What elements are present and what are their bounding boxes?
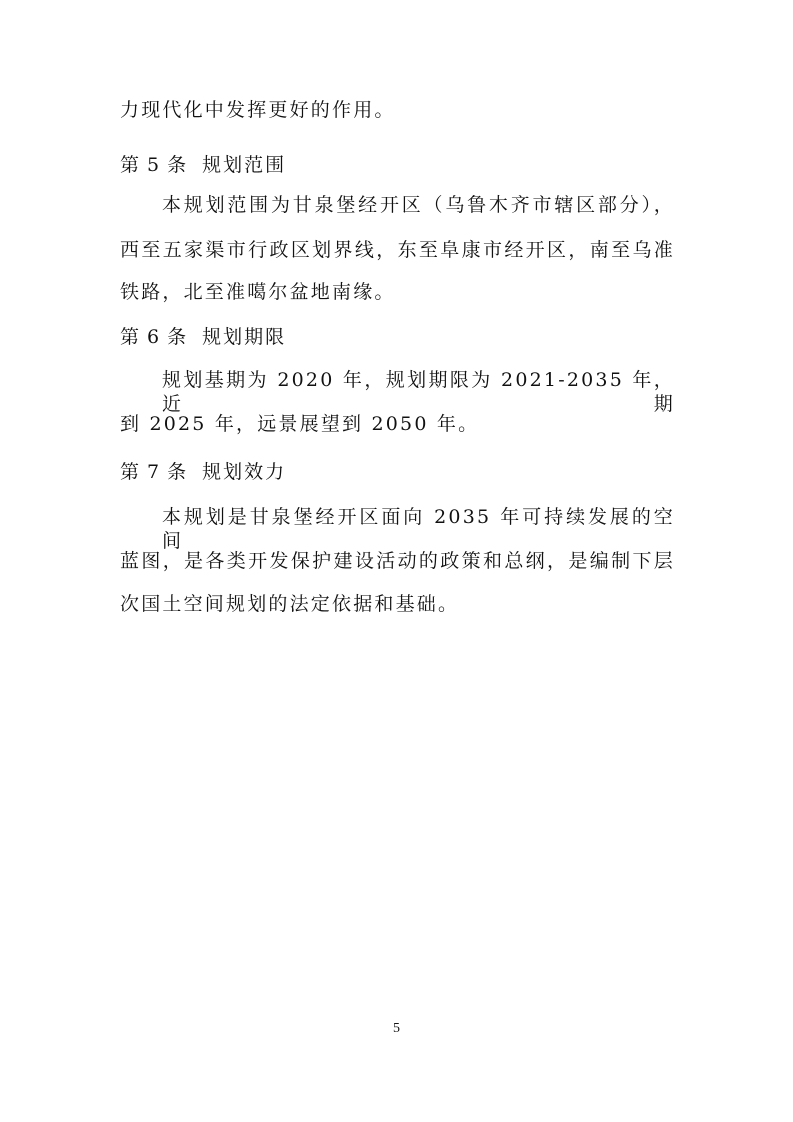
article-suffix: 条 [167, 154, 188, 176]
paragraph-line: 本规划范围为甘泉堡经开区（乌鲁木齐市辖区部分）， [162, 193, 675, 217]
article-5-heading: 第5条规划范围 [120, 153, 675, 177]
document-page: 力现代化中发挥更好的作用。 第5条规划范围 本规划范围为甘泉堡经开区（乌鲁木齐市… [0, 0, 793, 1122]
article-suffix: 条 [167, 326, 188, 348]
article-6-heading: 第6条规划期限 [120, 325, 675, 349]
paragraph-line: 蓝图，是各类开发保护建设活动的政策和总纲，是编制下层 [120, 549, 675, 573]
article-prefix: 第 [120, 326, 141, 348]
article-title: 规划范围 [202, 154, 286, 176]
paragraph-line: 铁路，北至准噶尔盆地南缘。 [120, 280, 675, 304]
paragraph-line: 到 2025 年，远景展望到 2050 年。 [120, 412, 675, 436]
article-prefix: 第 [120, 154, 141, 176]
page-number: 5 [0, 1021, 793, 1037]
article-title: 规划期限 [202, 326, 286, 348]
paragraph-line: 西至五家渠市行政区划界线，东至阜康市经开区，南至乌准 [120, 238, 675, 262]
paragraph-line: 次国土空间规划的法定依据和基础。 [120, 592, 675, 616]
paragraph-line: 规划基期为 2020 年，规划期限为 2021-2035 年，近期 [162, 368, 675, 416]
continuation-line: 力现代化中发挥更好的作用。 [120, 98, 675, 122]
article-title: 规划效力 [202, 461, 286, 483]
article-suffix: 条 [167, 461, 188, 483]
article-number: 6 [147, 326, 161, 348]
article-number: 7 [147, 461, 161, 483]
article-prefix: 第 [120, 461, 141, 483]
paragraph-line: 本规划是甘泉堡经开区面向 2035 年可持续发展的空间 [162, 505, 675, 553]
article-7-heading: 第7条规划效力 [120, 460, 675, 484]
article-number: 5 [147, 154, 161, 176]
